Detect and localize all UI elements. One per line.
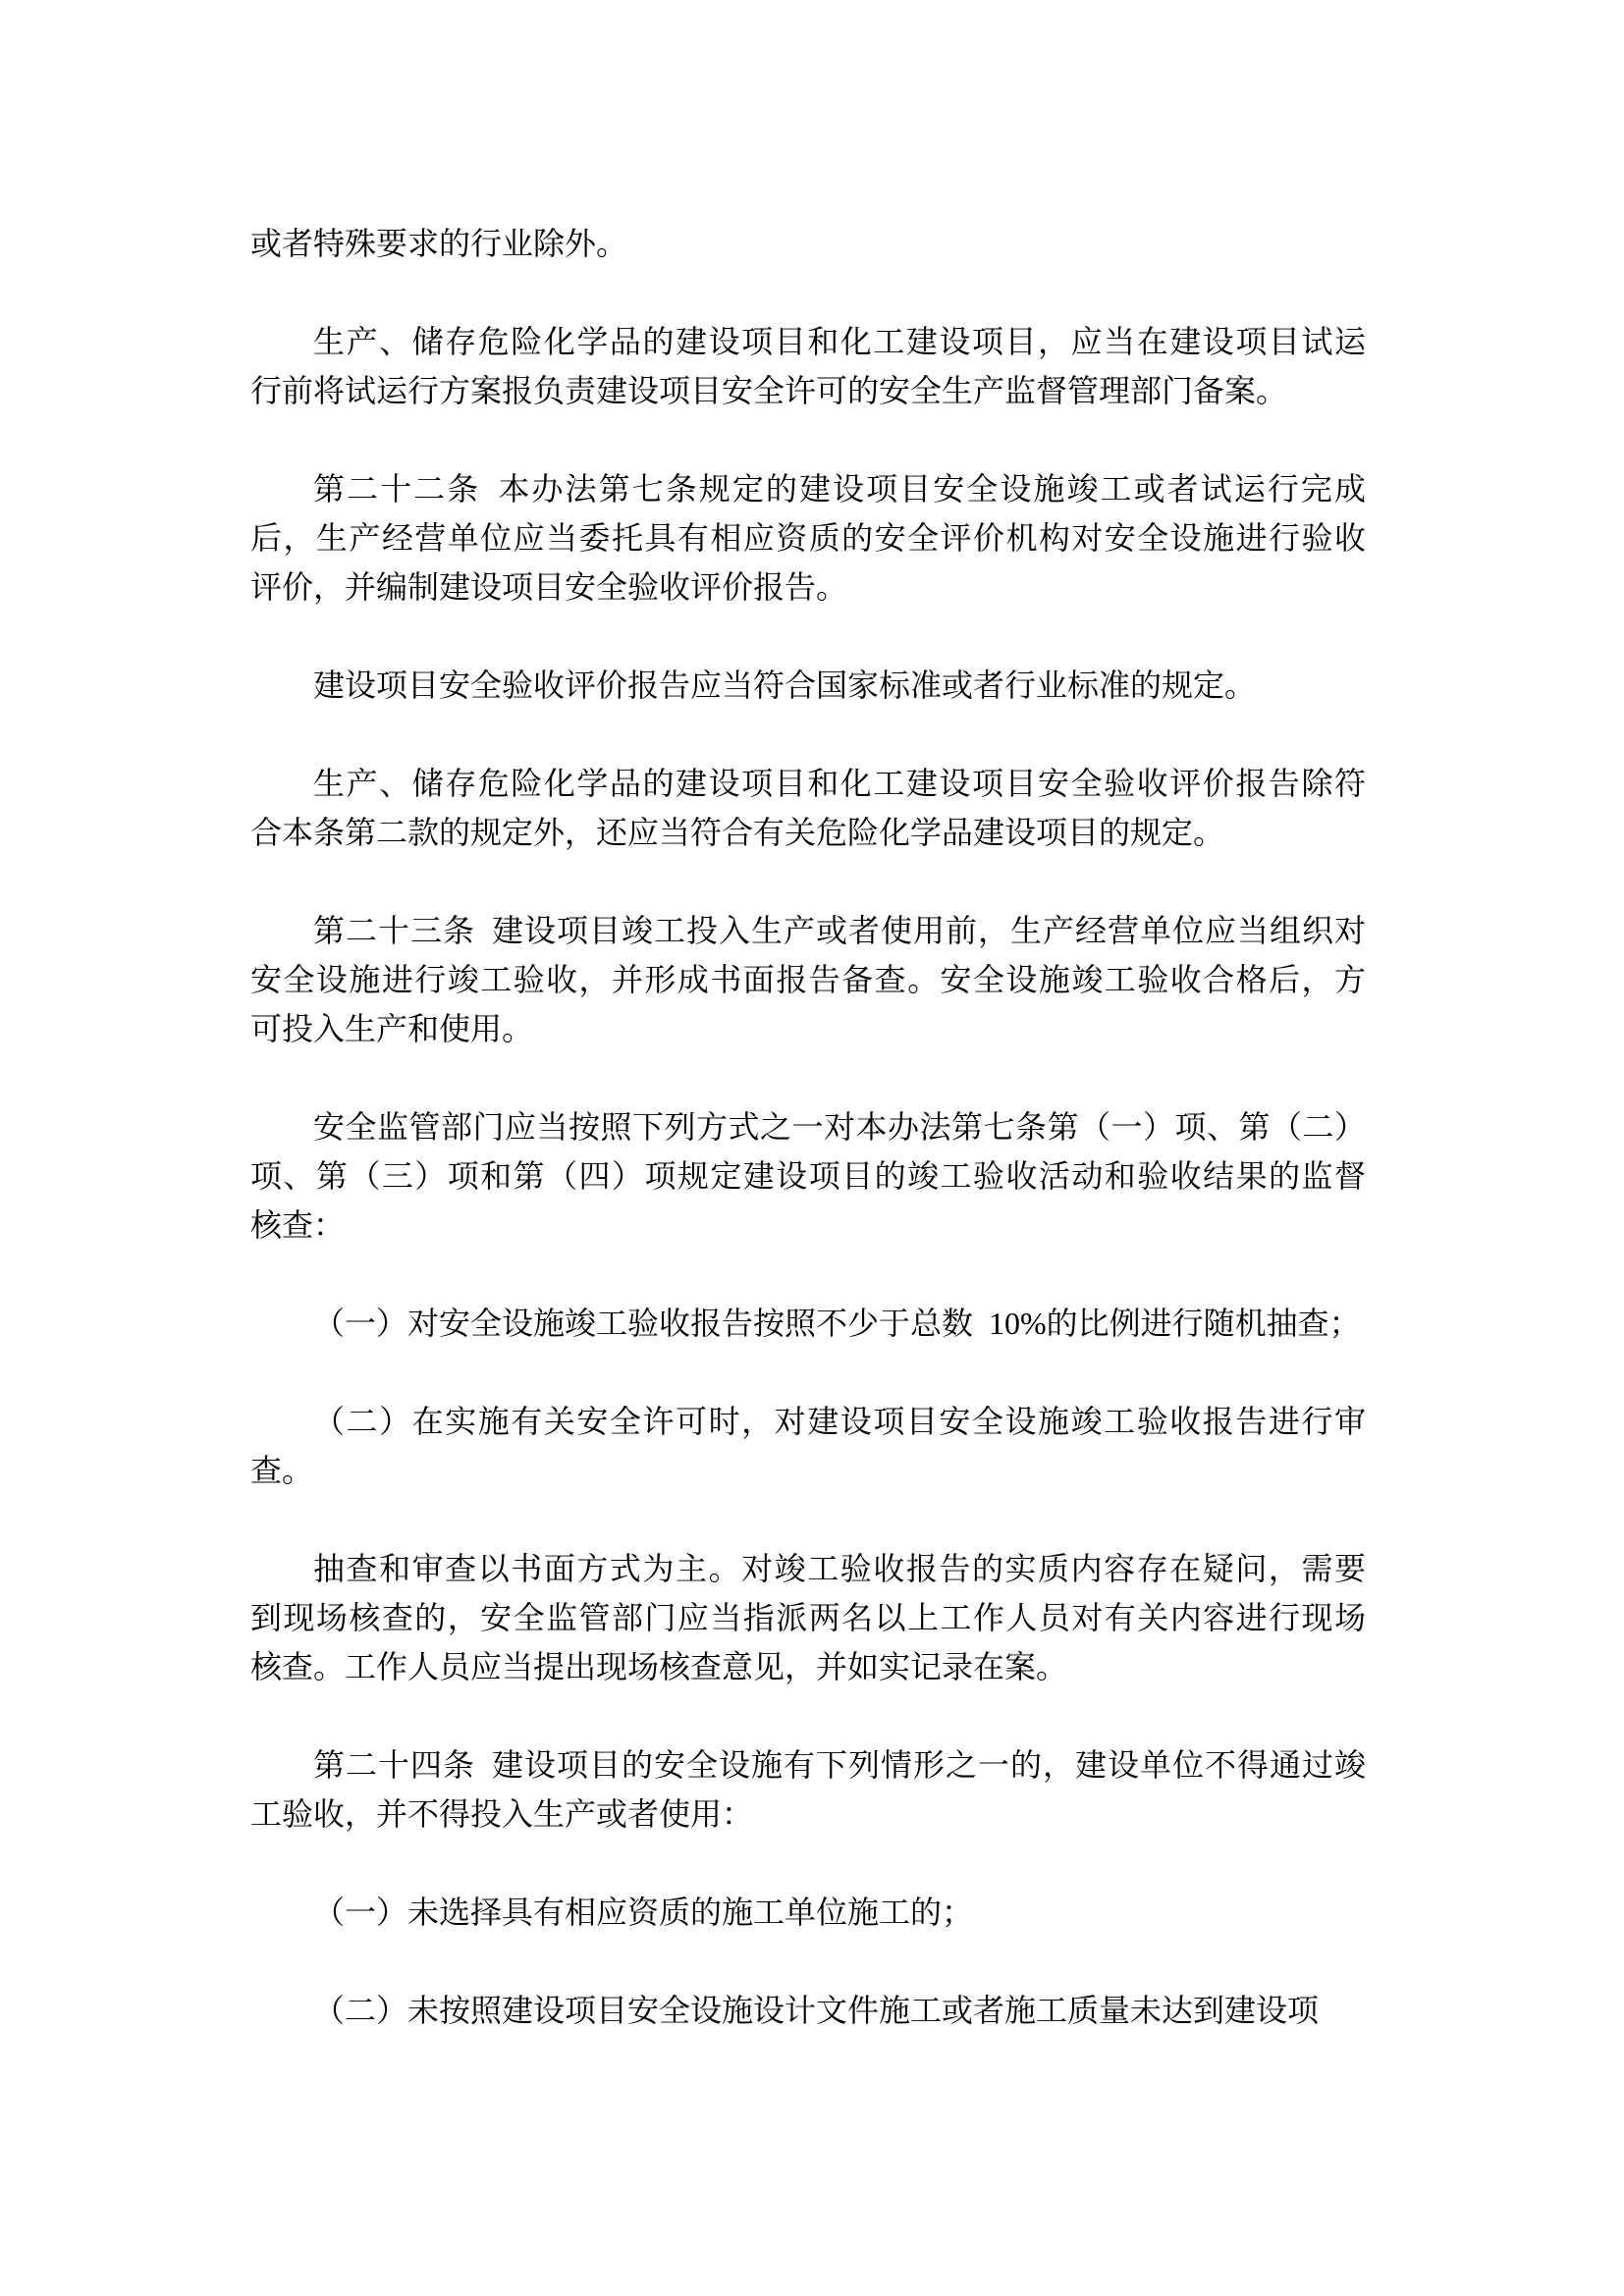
document-page: 或者特殊要求的行业除外。生产、储存危险化学品的建设项目和化工建设项目，应当在建设…	[0, 0, 1624, 2296]
text-line: 安全设施进行竣工验收，并形成书面报告备查。安全设施竣工验收合格后，方	[250, 955, 1366, 1004]
paragraph-7: 安全监管部门应当按照下列方式之一对本办法第七条第（一）项、第（二）项、第（三）项…	[250, 1102, 1366, 1250]
text-line: 或者特殊要求的行业除外。	[250, 219, 1366, 268]
text-line: 第二十三条 建设项目竣工投入生产或者使用前，生产经营单位应当组织对	[250, 906, 1366, 955]
text-line: 项、第（三）项和第（四）项规定建设项目的竣工验收活动和验收结果的监督	[250, 1151, 1366, 1201]
paragraph-8: （一）对安全设施竣工验收报告按照不少于总数 10%的比例进行随机抽查；	[250, 1299, 1366, 1348]
text-line: 第二十四条 建设项目的安全设施有下列情形之一的，建设单位不得通过竣	[250, 1740, 1366, 1789]
text-line: 核查。工作人员应当提出现场核查意见，并如实记录在案。	[250, 1642, 1366, 1691]
paragraph-13: （二）未按照建设项目安全设施设计文件施工或者施工质量未达到建设项	[250, 1986, 1366, 2035]
text-line: 第二十二条 本办法第七条规定的建设项目安全设施竣工或者试运行完成	[250, 464, 1366, 513]
paragraph-4: 建设项目安全验收评价报告应当符合国家标准或者行业标准的规定。	[250, 661, 1366, 710]
document-body: 或者特殊要求的行业除外。生产、储存危险化学品的建设项目和化工建设项目，应当在建设…	[250, 219, 1366, 2084]
text-line: （二）在实施有关安全许可时，对建设项目安全设施竣工验收报告进行审	[250, 1397, 1366, 1446]
paragraph-9: （二）在实施有关安全许可时，对建设项目安全设施竣工验收报告进行审查。	[250, 1397, 1366, 1495]
text-line: 建设项目安全验收评价报告应当符合国家标准或者行业标准的规定。	[250, 661, 1366, 710]
text-line: 生产、储存危险化学品的建设项目和化工建设项目，应当在建设项目试运	[250, 317, 1366, 366]
paragraph-11: 第二十四条 建设项目的安全设施有下列情形之一的，建设单位不得通过竣工验收，并不得…	[250, 1740, 1366, 1839]
paragraph-2: 生产、储存危险化学品的建设项目和化工建设项目，应当在建设项目试运行前将试运行方案…	[250, 317, 1366, 415]
text-line: 工验收，并不得投入生产或者使用：	[250, 1789, 1366, 1839]
text-line: 抽查和审查以书面方式为主。对竣工验收报告的实质内容存在疑问，需要	[250, 1544, 1366, 1593]
paragraph-12: （一）未选择具有相应资质的施工单位施工的；	[250, 1888, 1366, 1937]
text-line: （一）对安全设施竣工验收报告按照不少于总数 10%的比例进行随机抽查；	[250, 1299, 1366, 1348]
text-line: 生产、储存危险化学品的建设项目和化工建设项目安全验收评价报告除符	[250, 759, 1366, 808]
paragraph-10: 抽查和审查以书面方式为主。对竣工验收报告的实质内容存在疑问，需要到现场核查的，安…	[250, 1544, 1366, 1691]
text-line: 后，生产经营单位应当委托具有相应资质的安全评价机构对安全设施进行验收	[250, 513, 1366, 562]
text-line: （一）未选择具有相应资质的施工单位施工的；	[250, 1888, 1366, 1937]
paragraph-1: 或者特殊要求的行业除外。	[250, 219, 1366, 268]
text-line: （二）未按照建设项目安全设施设计文件施工或者施工质量未达到建设项	[250, 1986, 1366, 2035]
text-line: 核查：	[250, 1201, 1366, 1250]
paragraph-3: 第二十二条 本办法第七条规定的建设项目安全设施竣工或者试运行完成后，生产经营单位…	[250, 464, 1366, 612]
text-line: 合本条第二款的规定外，还应当符合有关危险化学品建设项目的规定。	[250, 808, 1366, 857]
text-line: 查。	[250, 1446, 1366, 1495]
paragraph-6: 第二十三条 建设项目竣工投入生产或者使用前，生产经营单位应当组织对安全设施进行竣…	[250, 906, 1366, 1053]
text-line: 安全监管部门应当按照下列方式之一对本办法第七条第（一）项、第（二）	[250, 1102, 1366, 1151]
text-line: 评价，并编制建设项目安全验收评价报告。	[250, 562, 1366, 612]
text-line: 可投入生产和使用。	[250, 1004, 1366, 1053]
text-line: 行前将试运行方案报负责建设项目安全许可的安全生产监督管理部门备案。	[250, 366, 1366, 415]
text-line: 到现场核查的，安全监管部门应当指派两名以上工作人员对有关内容进行现场	[250, 1593, 1366, 1642]
paragraph-5: 生产、储存危险化学品的建设项目和化工建设项目安全验收评价报告除符合本条第二款的规…	[250, 759, 1366, 857]
